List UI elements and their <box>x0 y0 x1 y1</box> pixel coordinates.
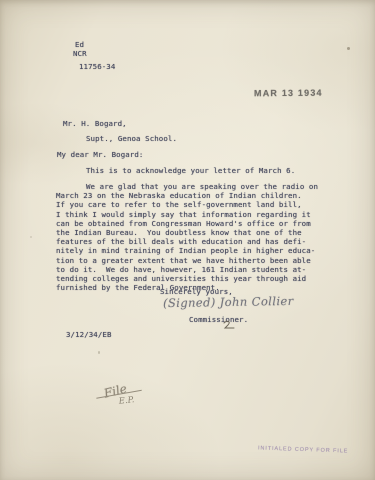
paper-speck <box>347 47 350 50</box>
file-number: 11756-34 <box>79 62 115 71</box>
paper-speck <box>98 351 100 354</box>
recipient-name: Mr. H. Bogard, <box>63 119 127 128</box>
handwritten-initial-mark <box>222 320 238 330</box>
typist-reference: 3/12/34/EB <box>66 330 112 339</box>
letter-document: Ed NCR 11756-34 MAR 13 1934 Mr. H. Bogar… <box>0 0 375 480</box>
paper-speck <box>30 236 32 238</box>
initialed-copy-stamp: INITIALED COPY FOR FILE <box>258 445 348 454</box>
signer-title: Commissioner. <box>189 315 248 324</box>
body-paragraph-2: We are glad that you are speaking over t… <box>56 182 322 292</box>
routing-code-line2: NCR <box>73 49 87 58</box>
date-received-stamp: MAR 13 1934 <box>254 88 323 99</box>
signature-stamp: (Signed) John Collier <box>163 294 294 310</box>
body-paragraph-1: This is to acknowledge your letter of Ma… <box>56 166 318 175</box>
handwritten-file-note: File E.P. <box>95 378 157 409</box>
salutation: My dear Mr. Bogard: <box>57 150 143 159</box>
recipient-title: Supt., Genoa School. <box>86 134 177 143</box>
routing-code-line1: Ed <box>75 40 84 49</box>
